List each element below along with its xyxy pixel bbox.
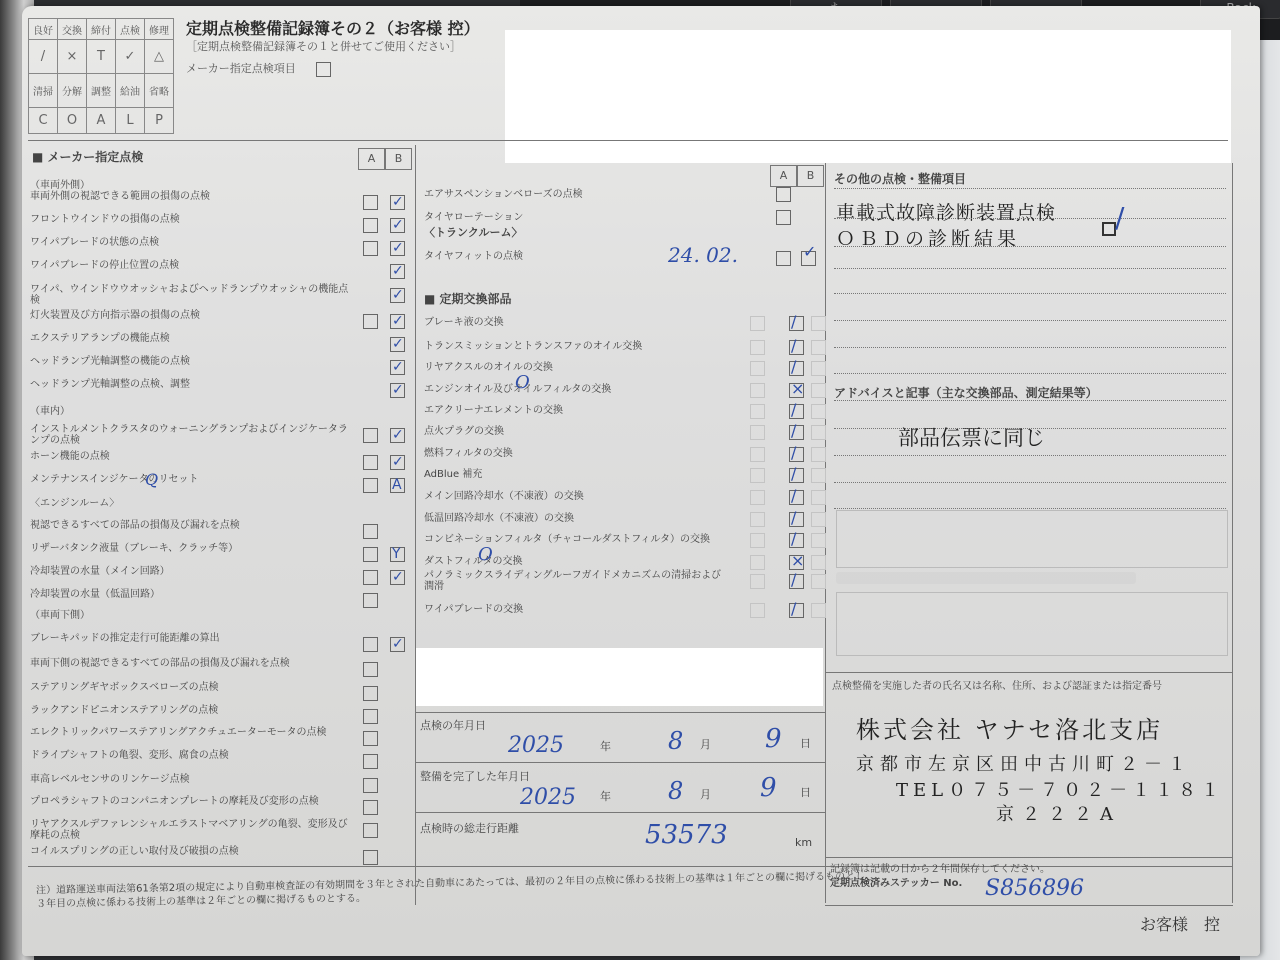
page-subtitle: ［定期点検整備記録簿その１と併せてご使用ください］ [186, 38, 461, 54]
slash-mark: / [791, 424, 796, 438]
faint-checkbox[interactable] [811, 533, 826, 548]
checklist-item-label: タイヤローテーション [424, 208, 523, 223]
year-unit: 年 [600, 788, 611, 804]
check-mark: ✓ [392, 241, 404, 255]
divider [28, 866, 1233, 867]
faint-checkbox[interactable] [750, 316, 765, 331]
obd-line-1: 車載式故障診断装置点検 [836, 198, 1056, 225]
faint-checkbox[interactable] [750, 555, 765, 570]
checklist-item-label: 冷却装置の水量（低温回路） [30, 589, 160, 600]
check-mark: ✓ [803, 245, 816, 259]
checklist-item-label: インストルメントクラスタのウォーニングランプおよびインジケータランプの点検 [30, 424, 350, 446]
checklist-item-label: 車両下側の視認できるすべての部品の損傷及び漏れを点検 [30, 658, 290, 669]
checklist-item-label: エアクリーナエレメントの交換 [424, 401, 563, 416]
faint-checkbox[interactable] [811, 404, 826, 419]
checklist-item-label: ブレーキパッドの推定走行可能距離の算出 [30, 633, 220, 644]
faint-checkbox[interactable] [811, 447, 826, 462]
faint-checkbox[interactable] [750, 425, 765, 440]
checkbox-a[interactable] [363, 731, 378, 746]
redacted-region [415, 648, 823, 706]
inspection-year: 2025 [508, 733, 564, 758]
legend-symbol: × [58, 40, 87, 74]
checklist-item-label: メイン回路冷却水（不凍液）の交換 [424, 487, 584, 502]
faint-checkbox[interactable] [750, 512, 765, 527]
completion-month: 8 [668, 777, 683, 805]
legend-label: 修理 [145, 19, 174, 40]
checkbox-a[interactable] [776, 251, 791, 266]
legend-label: 分解 [58, 74, 87, 108]
faint-checkbox[interactable] [811, 512, 826, 527]
divider [825, 857, 1233, 858]
check-mark: ✓ [392, 383, 404, 397]
faint-checkbox[interactable] [811, 340, 826, 355]
checklist-item-label: 低温回路冷却水（不凍液）の交換 [424, 509, 574, 524]
checklist-item-label: ダストフィルタの交換 [424, 552, 523, 567]
slash-mark: / [791, 573, 796, 587]
faint-checkbox[interactable] [811, 490, 826, 505]
advice-heading: アドバイスと記事（主な交換部品、測定結果等） [834, 384, 1098, 401]
company-tel: TEL０７５－７０２－１１８１ [896, 776, 1224, 802]
company-name: 株式会社 ヤナセ洛北支店 [856, 710, 1163, 745]
checkbox-a[interactable] [363, 778, 378, 793]
group-label: （車両外側） [30, 176, 90, 191]
faint-checkbox[interactable] [750, 468, 765, 483]
checkbox-a[interactable] [363, 823, 378, 838]
legend-symbol: L [116, 108, 145, 134]
legend-label: 点検 [116, 19, 145, 40]
check-mark: ✓ [392, 288, 404, 302]
divider [415, 762, 825, 763]
odometer-label: 点検時の総走行距離 [420, 820, 519, 836]
month-unit: 月 [700, 736, 711, 752]
handwritten-annotation: O [515, 372, 530, 393]
checkbox-a[interactable] [363, 637, 378, 652]
checklist-item-label: メンテナンスインジケータのリセット [30, 474, 198, 485]
check-mark: ✓ [392, 264, 404, 278]
faint-checkbox[interactable] [750, 574, 765, 589]
divider [1232, 163, 1233, 903]
legend-symbol: ✓ [116, 40, 145, 74]
certification-number: 京２２２A [996, 800, 1121, 826]
checklist-item-label: ドライブシャフトの亀裂、変形、腐食の点検 [30, 750, 229, 761]
check-mark: ✓ [392, 570, 404, 584]
faint-checkbox[interactable] [750, 404, 765, 419]
advice-text: 部品伝票に同じ [898, 422, 1045, 452]
legend-symbol: △ [145, 40, 174, 74]
customer-copy-label: お客様 控 [1140, 912, 1220, 935]
odometer-unit: km [795, 836, 812, 849]
periodic-parts-heading: ■ 定期交換部品 [424, 290, 512, 307]
checklist-item-label: ヘッドランプ光軸調整の機能の点検 [30, 356, 190, 367]
group-label: （車両下側） [30, 606, 90, 621]
checklist-item-label: 視認できるすべての部品の損傷及び漏れを点検 [30, 520, 240, 531]
ruled-line [834, 293, 1226, 294]
faint-checkbox[interactable] [811, 468, 826, 483]
check-mark: ✓ [392, 637, 404, 651]
checklist-item-label: 車高レベルセンサのリンケージ点検 [30, 774, 190, 785]
checkbox-a[interactable] [363, 241, 378, 256]
checkbox-a[interactable] [363, 218, 378, 233]
symbol-legend: 良好交換締付点検修理 /×T✓△ 清掃分解調整給油省略 COALP [28, 18, 174, 134]
handwritten-date: 24. 02. [668, 243, 738, 267]
slash-mark: / [791, 315, 796, 329]
checklist-item-label: コイルスプリングの正しい取付及び破損の点検 [30, 846, 239, 857]
checklist-item-label: ワイパブレードの交換 [424, 600, 523, 615]
ruled-line [834, 455, 1226, 456]
completion-year: 2025 [520, 785, 576, 810]
checkbox-a[interactable] [363, 800, 378, 815]
faint-checkbox[interactable] [811, 316, 826, 331]
faint-checkbox[interactable] [811, 574, 826, 589]
divider [825, 905, 1233, 906]
check-mark: ✓ [392, 218, 404, 232]
trunk-section-label: 〈トランクルーム〉 [424, 224, 522, 240]
checklist-item-label: ホーン機能の点検 [30, 451, 110, 462]
column-header-b: B [797, 165, 824, 187]
slash-mark: / [791, 467, 796, 481]
slash-mark: / [791, 403, 796, 417]
faint-checkbox[interactable] [811, 383, 826, 398]
check-mark: A [392, 478, 402, 492]
divider [415, 812, 825, 813]
completion-day: 9 [760, 773, 777, 803]
slash-mark: / [791, 446, 796, 460]
handwritten-annotation: O [478, 544, 493, 565]
checklist-item-label: リヤアクスルデファレンシャルエラストマベアリングの亀裂、変形及び摩耗の点検 [30, 819, 350, 841]
maker-items-label: メーカー指定点検項目 [186, 60, 296, 76]
ruled-line [834, 246, 1226, 247]
checkbox-a[interactable] [363, 428, 378, 443]
checkbox-a[interactable] [776, 210, 791, 225]
checklist-item-label: エレクトリックパワーステアリングアクチュエーターモータの点検 [30, 727, 327, 738]
legend-symbol: A [87, 108, 116, 134]
faint-checkbox[interactable] [750, 383, 765, 398]
checklist-item-label: プロペラシャフトのコンパニオンプレートの摩耗及び変形の点検 [30, 796, 319, 807]
performer-label: 点検整備を実施した者の氏名又は名称、住所、および認証または指定番号 [832, 677, 1162, 692]
group-label: （車内） [30, 402, 70, 417]
ruled-line [834, 268, 1226, 269]
ruled-line [834, 373, 1226, 374]
checklist-item-label: エクステリアランプの機能点検 [30, 333, 170, 344]
legend-symbol: C [29, 108, 58, 134]
checklist-item-label: エアサスペンションベローズの点検 [424, 185, 583, 200]
ruled-line [834, 482, 1226, 483]
slash-mark: / [791, 339, 796, 353]
legend-symbol: P [145, 108, 174, 134]
tire-depth-table [836, 510, 1228, 568]
checkbox-a[interactable] [363, 754, 378, 769]
month-unit: 月 [700, 786, 711, 802]
legend-symbol: O [58, 108, 87, 134]
inspection-date-label: 点検の年月日 [420, 717, 486, 733]
legend-label: 清掃 [29, 74, 58, 108]
checklist-item-label: 車両外側の視認できる範囲の損傷の点検 [30, 191, 210, 202]
checklist-item-label: リザーバタンク液量（ブレーキ、クラッチ等） [30, 543, 238, 554]
checkbox-a[interactable] [363, 547, 378, 562]
checklist-item-label: ステアリングギヤボックスベローズの点検 [30, 682, 219, 693]
checklist-item-label: パノラミックスライディングルーフガイドメカニズムの清掃および潤滑 [424, 570, 724, 592]
legend-label: 交換 [58, 19, 87, 40]
checkbox-a[interactable] [363, 524, 378, 539]
faint-checkbox[interactable] [750, 533, 765, 548]
odometer-value: 53573 [645, 820, 728, 850]
check-mark: ✓ [392, 337, 404, 351]
legend-symbol: / [29, 40, 58, 74]
slash-mark: / [791, 532, 796, 546]
legend-label: 良好 [29, 19, 58, 40]
redacted-region [505, 30, 1231, 163]
checklist-item-label: コンビネーションフィルタ（チャコールダストフィルタ）の交換 [424, 530, 710, 545]
checkbox-a[interactable] [776, 187, 791, 202]
inspection-month: 8 [668, 727, 683, 755]
checklist-item-label: 点火プラグの交換 [424, 422, 504, 437]
ruled-line [834, 320, 1226, 321]
ruled-line [834, 188, 1226, 189]
legend-label: 調整 [87, 74, 116, 108]
checklist-item-label: リヤアクスルのオイルの交換 [424, 358, 553, 373]
checklist-item-label: AdBlue 補充 [424, 465, 482, 480]
check-mark: ✓ [392, 195, 404, 209]
divider [415, 145, 416, 905]
obd-checkbox[interactable] [1102, 222, 1116, 236]
legend-symbol: T [87, 40, 116, 74]
checklist-item-label: ラックアンドピニオンステアリングの点検 [30, 705, 218, 716]
divider [415, 712, 825, 713]
checklist-item-label: 灯火装置及び方向指示器の損傷の点検 [30, 310, 200, 321]
legend-label: 締付 [87, 19, 116, 40]
faint-checkbox[interactable] [750, 340, 765, 355]
checklist-item-label: ワイパブレードの停止位置の点検 [30, 260, 179, 271]
legend-label: 給油 [116, 74, 145, 108]
maker-items-checkbox[interactable] [316, 62, 331, 77]
inspection-day: 9 [765, 724, 782, 754]
day-unit: 日 [800, 735, 811, 751]
page-title: 定期点検整備記録簿その２（お客様 控） [186, 16, 480, 39]
faint-checkbox[interactable] [811, 555, 826, 570]
faint-checkbox[interactable] [811, 425, 826, 440]
column-header-a: A [358, 148, 385, 170]
ruled-line [834, 400, 1226, 401]
ruled-line [834, 218, 1226, 219]
faint-checkbox[interactable] [750, 603, 765, 618]
slash-mark: / [791, 511, 796, 525]
legend-label: 省略 [145, 74, 174, 108]
faint-checkbox[interactable] [811, 361, 826, 376]
brake-pad-table [836, 592, 1228, 656]
checkbox-a[interactable] [363, 686, 378, 701]
year-unit: 年 [600, 738, 611, 754]
checklist-item-label: ワイパブレードの状態の点検 [30, 237, 159, 248]
other-items-heading: その他の点検・整備項目 [834, 170, 966, 187]
checkbox-a[interactable] [363, 709, 378, 724]
check-mark: ✓ [392, 455, 404, 469]
section-heading-maker: ■ メーカー指定点検 [32, 148, 143, 165]
checklist-item-label: ブレーキ液の交換 [424, 313, 504, 328]
group-label: 〈エンジンルーム〉 [30, 494, 119, 509]
divider [28, 140, 1228, 141]
sticker-number: S856896 [985, 876, 1084, 901]
check-mark: Y [392, 547, 401, 561]
faint-checkbox[interactable] [750, 490, 765, 505]
faint-checkbox[interactable] [750, 447, 765, 462]
completion-date-label: 整備を完了した年月日 [420, 768, 530, 784]
checkbox-a[interactable] [363, 593, 378, 608]
faint-checkbox[interactable] [750, 361, 765, 376]
checklist-item-label: 燃料フィルタの交換 [424, 444, 513, 459]
divider [825, 672, 1233, 673]
checkbox-a[interactable] [363, 570, 378, 585]
checkbox-a[interactable] [363, 850, 378, 865]
column-header-b: B [385, 148, 412, 170]
faint-checkbox[interactable] [811, 603, 826, 618]
check-mark: ✓ [392, 360, 404, 374]
ruled-line [834, 508, 1226, 509]
checkbox-a[interactable] [363, 455, 378, 470]
check-mark: ✓ [392, 314, 404, 328]
checkbox-a[interactable] [363, 662, 378, 677]
checkbox-a[interactable] [363, 314, 378, 329]
brake-pad-heading-faint [836, 572, 1136, 584]
checklist-item-label: タイヤフィットの点検 [424, 247, 523, 262]
checkbox-a[interactable] [363, 478, 378, 493]
checklist-item-label: 冷却装置の水量（メイン回路） [30, 566, 170, 577]
checklist-item-label: ヘッドランプ光軸調整の点検、調整 [30, 379, 190, 390]
cross-mark: × [791, 554, 804, 568]
company-address: 京都市左京区田中古川町２－１ [856, 750, 1192, 776]
checkbox-a[interactable] [363, 195, 378, 210]
handwritten-annotation: Q [145, 470, 158, 489]
column-header-a: A [770, 165, 797, 187]
obd-check-mark: / [1115, 204, 1124, 232]
slash-mark: / [791, 360, 796, 374]
day-unit: 日 [800, 784, 811, 800]
slash-mark: / [791, 489, 796, 503]
checklist-item-label: ワイパ、ウインドウウオッシャおよびヘッドランプウオッシャの機能点検 [30, 284, 350, 306]
ruled-line [834, 347, 1226, 348]
check-mark: ✓ [392, 428, 404, 442]
checklist-item-label: フロントウインドウの損傷の点検 [30, 214, 180, 225]
checklist-item-label: トランスミッションとトランスファのオイル交換 [424, 337, 642, 352]
slash-mark: / [791, 602, 796, 616]
cross-mark: × [791, 382, 804, 396]
